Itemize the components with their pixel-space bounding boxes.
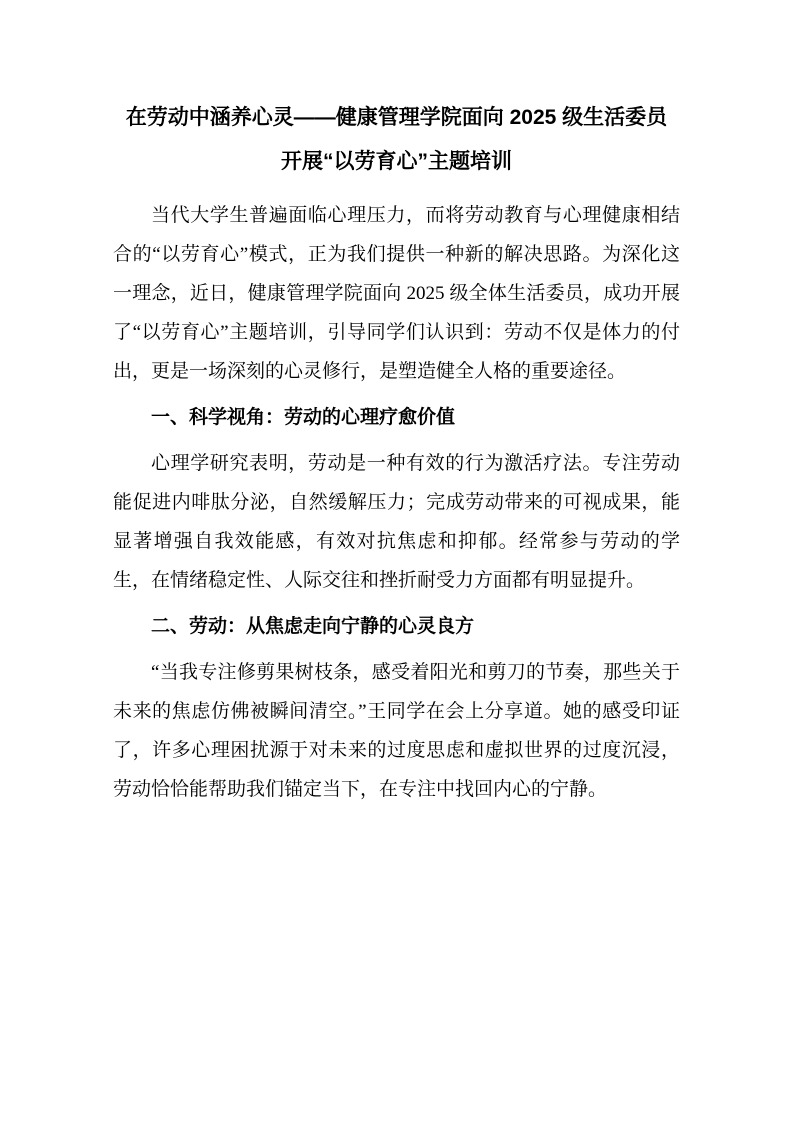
- section-1-heading: 一、科学视角：劳动的心理疗愈价值: [113, 398, 680, 437]
- section-2-paragraph: “当我专注修剪果树枝条，感受着阳光和剪刀的节奏，那些关于未来的焦虑仿佛被瞬间清空…: [113, 653, 680, 809]
- document-page: 在劳动中涵养心灵——健康管理学院面向 2025 级生活委员 开展“以劳育心”主题…: [0, 0, 793, 1122]
- section-1-paragraph: 心理学研究表明，劳动是一种有效的行为激活疗法。专注劳动能促进内啡肽分泌，自然缓解…: [113, 444, 680, 600]
- title-line-2: 开展“以劳育心”主题培训: [113, 140, 680, 184]
- section-2-heading: 二、劳动：从焦虑走向宁静的心灵良方: [113, 607, 680, 646]
- intro-paragraph: 当代大学生普遍面临心理压力，而将劳动教育与心理健康相结合的“以劳育心”模式，正为…: [113, 196, 680, 391]
- title-line-1: 在劳动中涵养心灵——健康管理学院面向 2025 级生活委员: [113, 96, 680, 140]
- document-title: 在劳动中涵养心灵——健康管理学院面向 2025 级生活委员 开展“以劳育心”主题…: [113, 96, 680, 184]
